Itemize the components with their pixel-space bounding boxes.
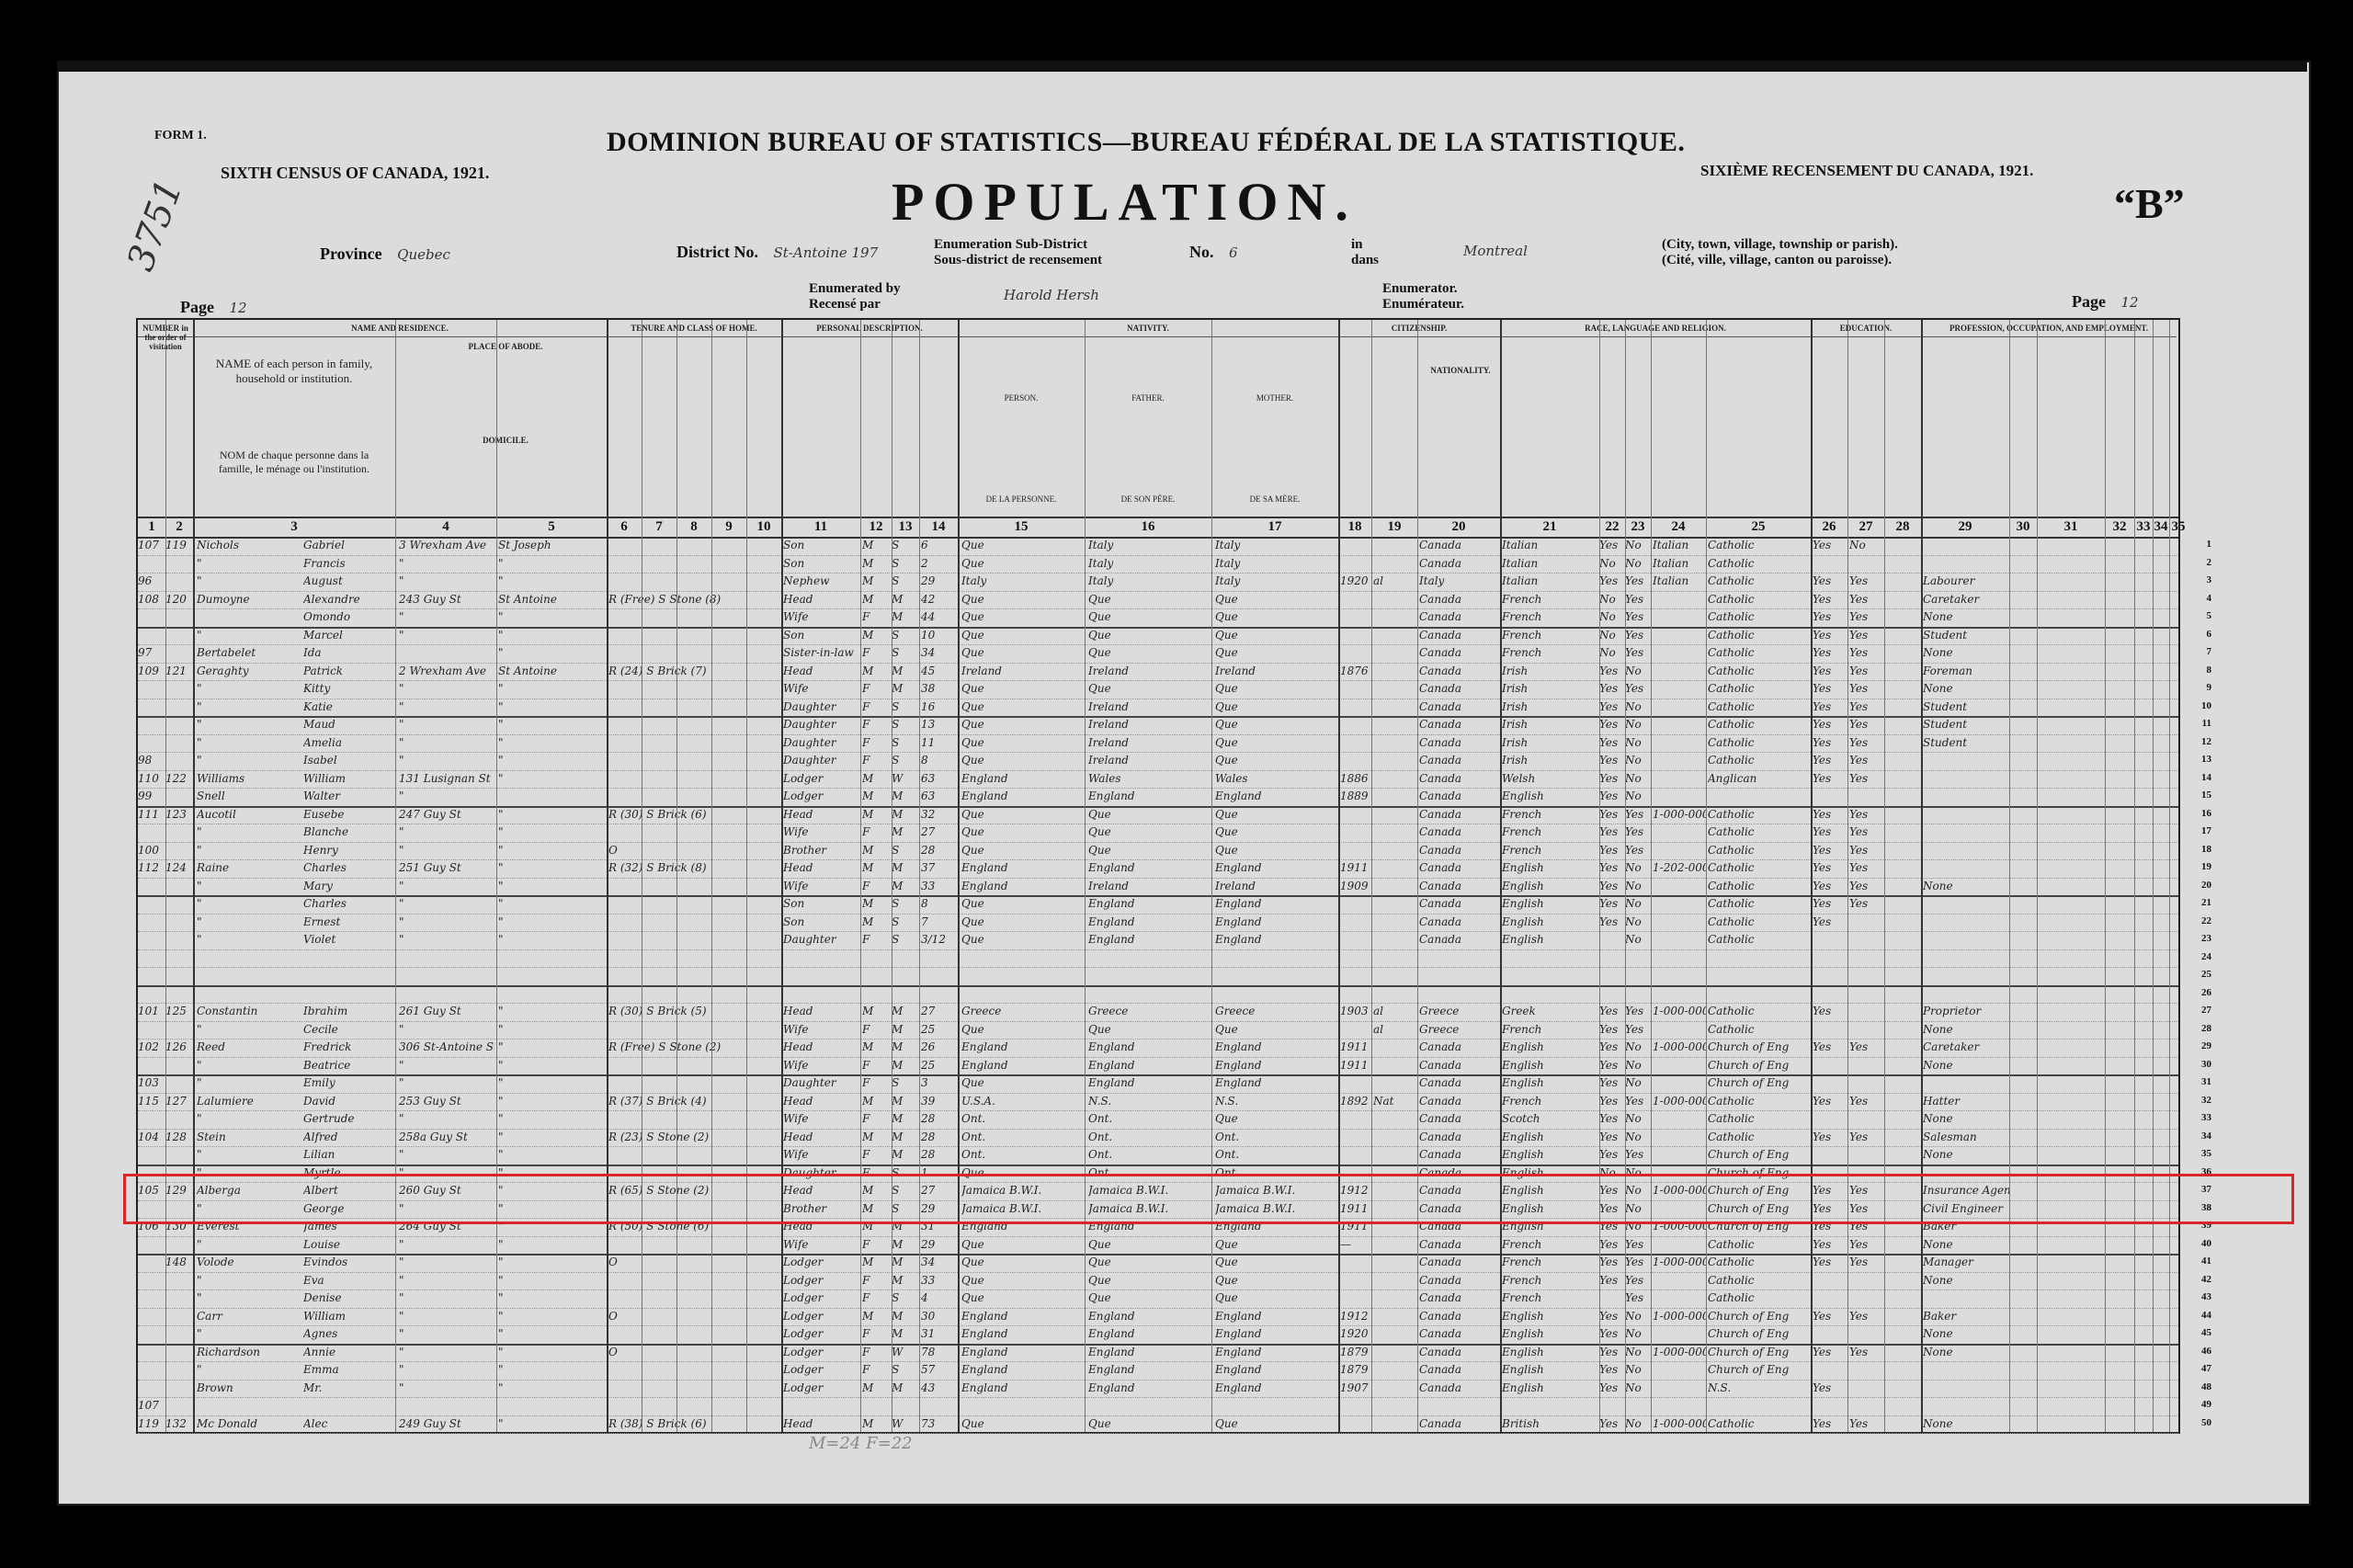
line-number: 7: [2207, 646, 2212, 657]
cell-religion: Catholic: [1708, 861, 1811, 874]
cell-occupation: Student: [1923, 718, 2009, 731]
line-number: 49: [2201, 1399, 2211, 1410]
cell-father: England: [1088, 1059, 1211, 1072]
cell-address: 243 Guy St: [399, 593, 494, 606]
column-rule: [2169, 320, 2170, 1432]
cell-address: 2 Wrexham Ave: [399, 665, 494, 677]
enumerator-name: Harold Hersh: [993, 285, 1099, 304]
cell-english: Yes: [1599, 736, 1625, 749]
cell-mother: England: [1215, 1310, 1338, 1323]
column-number: 24: [1651, 519, 1706, 535]
cell-birth: England: [961, 1310, 1085, 1323]
cell-occupation: None: [1923, 1112, 2009, 1125]
cell-read: Yes: [1849, 610, 1884, 623]
cell-surname: ": [197, 736, 298, 749]
cell-municipality: ": [498, 880, 605, 892]
cell-marital: S: [892, 718, 919, 731]
cell-rel: Wife: [783, 1148, 860, 1161]
cell-nationality: Canada: [1419, 1417, 1500, 1430]
enumerated-by-label: Enumerated by Recensé par: [809, 281, 901, 312]
column-rule: [1338, 320, 1340, 1432]
cell-mother: Que: [1215, 646, 1338, 659]
cell-surname: ": [197, 574, 298, 587]
line-number: 1: [2207, 539, 2212, 550]
column-number: 13: [892, 519, 919, 535]
cell-father: Que: [1088, 1023, 1211, 1036]
cell-nationality: Canada: [1419, 718, 1500, 731]
cell-immig: 1879: [1340, 1363, 1371, 1376]
place-value: Montreal: [1452, 241, 1528, 260]
cell-english: Yes: [1599, 1256, 1625, 1268]
cell-marital: S: [892, 700, 919, 713]
cell-tongue: Italian: [1653, 539, 1706, 551]
cell-french: No: [1625, 754, 1651, 767]
cell-sex: M: [862, 1310, 890, 1323]
cell-nationality: Canada: [1419, 1274, 1500, 1287]
column-rule: [1921, 320, 1923, 1432]
cell-family: 124: [165, 861, 193, 874]
cell-given: Gabriel: [303, 539, 395, 551]
cell-sex: M: [862, 574, 890, 587]
cell-school: Yes: [1813, 574, 1847, 587]
cell-father: Que: [1088, 682, 1211, 695]
cell-birth: Que: [961, 754, 1085, 767]
cell-occupation: Caretaker: [1923, 593, 2009, 606]
cell-immig: 1911: [1340, 861, 1371, 874]
cell-french: Yes: [1625, 1095, 1651, 1108]
cell-immig: 1892: [1340, 1095, 1371, 1108]
cell-sex: M: [862, 1095, 890, 1108]
cell-immig: 1911: [1340, 1040, 1371, 1053]
line-number: 20: [2201, 880, 2211, 891]
table-row: 24: [138, 949, 2178, 969]
column-rule: [1211, 320, 1212, 1432]
cell-french: Yes: [1625, 1291, 1651, 1304]
cell-rel: Daughter: [783, 736, 860, 749]
cell-school: Yes: [1813, 1310, 1847, 1323]
cell-mother: Que: [1215, 808, 1338, 821]
cell-rel: Wife: [783, 1112, 860, 1125]
cell-sex: M: [862, 897, 890, 910]
cell-surname: ": [197, 933, 298, 946]
cell-english: Yes: [1599, 861, 1625, 874]
cell-mother: Ont.: [1215, 1148, 1338, 1161]
cell-school: Yes: [1813, 610, 1847, 623]
cell-french: Yes: [1625, 646, 1651, 659]
cell-address: ": [399, 1238, 494, 1251]
cell-school: Yes: [1813, 1131, 1847, 1143]
cell-birth: Que: [961, 808, 1085, 821]
line-number: 23: [2201, 933, 2211, 944]
cell-immig: 1876: [1340, 665, 1371, 677]
cell-school: Yes: [1813, 646, 1847, 659]
line-number: 3: [2207, 574, 2212, 585]
line-number: 48: [2201, 1381, 2211, 1392]
cell-rel: Daughter: [783, 1076, 860, 1089]
cell-tongue: 1-000-000: [1653, 1256, 1706, 1268]
cell-given: Mr.: [303, 1381, 395, 1394]
cell-tongue: 1-000-000: [1653, 1346, 1706, 1358]
cell-occupation: Caretaker: [1923, 1040, 2009, 1053]
cell-read: Yes: [1849, 593, 1884, 606]
cell-father: Ireland: [1088, 665, 1211, 677]
cell-address: ": [399, 574, 494, 587]
cell-french: No: [1625, 933, 1651, 946]
table-row: 96"August""NephewMS29ItalyItalyItaly1920…: [138, 573, 2178, 592]
cell-surname: ": [197, 700, 298, 713]
cell-school: Yes: [1813, 772, 1847, 785]
cell-family: 128: [165, 1131, 193, 1143]
cell-nationality: Canada: [1419, 1256, 1500, 1268]
cell-municipality: ": [498, 1310, 605, 1323]
cell-surname: Aucotil: [197, 808, 298, 821]
cell-surname: ": [197, 897, 298, 910]
cell-religion: Catholic: [1708, 880, 1811, 892]
cell-dwelling: 100: [138, 844, 165, 857]
cell-address: ": [399, 933, 494, 946]
cell-french: Yes: [1625, 610, 1651, 623]
cell-birth: Ont.: [961, 1148, 1085, 1161]
cell-rel: Lodger: [783, 1327, 860, 1340]
cell-origin: French: [1502, 1238, 1597, 1251]
cell-dwelling: 101: [138, 1005, 165, 1017]
cell-tenure: R (37) S Brick (4): [608, 1095, 779, 1108]
cell-mother: Que: [1215, 736, 1338, 749]
cell-surname: ": [197, 1291, 298, 1304]
table-row: 101125ConstantinIbrahim261 Guy St"R (30)…: [138, 1003, 2178, 1022]
cell-dwelling: 98: [138, 754, 165, 767]
cell-french: No: [1625, 736, 1651, 749]
cell-english: Yes: [1599, 1131, 1625, 1143]
table-row: "Blanche""WifeFM27QueQueQueCanadaFrenchY…: [138, 824, 2178, 843]
cell-english: Yes: [1599, 915, 1625, 928]
cell-religion: Catholic: [1708, 700, 1811, 713]
cell-address: ": [399, 825, 494, 838]
province-field: Province Quebec: [320, 244, 450, 264]
cell-address: ": [399, 1363, 494, 1376]
cell-marital: M: [892, 1256, 919, 1268]
cell-father: Italy: [1088, 539, 1211, 551]
cell-french: No: [1625, 1310, 1651, 1323]
cell-school: Yes: [1813, 736, 1847, 749]
nom-col-label: NOM de chaque personne dans la famille, …: [202, 449, 386, 476]
cell-origin: French: [1502, 1023, 1597, 1036]
cell-municipality: ": [498, 646, 605, 659]
cell-tongue: 1-202-000: [1653, 861, 1706, 874]
column-rule: [958, 320, 960, 1432]
table-row: 148VolodeEvindos""OLodgerMM34QueQueQueCa…: [138, 1254, 2178, 1273]
cell-rel: Brother: [783, 844, 860, 857]
cell-municipality: ": [498, 808, 605, 821]
cell-nationality: Canada: [1419, 646, 1500, 659]
province-label: Province: [320, 244, 382, 263]
column-rule: [2037, 320, 2038, 1432]
cell-address: ": [399, 1148, 494, 1161]
line-number: 12: [2201, 736, 2211, 747]
cell-immig: 1889: [1340, 790, 1371, 802]
cell-nationality: Canada: [1419, 1095, 1500, 1108]
cell-school: Yes: [1813, 844, 1847, 857]
cell-given: Ibrahim: [303, 1005, 395, 1017]
cell-rel: Nephew: [783, 574, 860, 587]
cell-address: 261 Guy St: [399, 1005, 494, 1017]
line-number: 6: [2207, 629, 2212, 640]
cell-dwelling: 111: [138, 808, 165, 821]
cell-occupation: Student: [1923, 700, 2009, 713]
table-row: 111123AucotilEusebe247 Guy St"R (30) S B…: [138, 806, 2178, 825]
form-label: FORM 1.: [154, 129, 207, 143]
column-rule: [1651, 320, 1652, 1432]
cell-address: ": [399, 915, 494, 928]
cell-tenure: R (23) S Stone (2): [608, 1131, 779, 1143]
cell-given: Cecile: [303, 1023, 395, 1036]
cell-origin: English: [1502, 1327, 1597, 1340]
line-number: 10: [2201, 700, 2211, 711]
cell-age: 33: [921, 880, 958, 892]
cell-municipality: ": [498, 700, 605, 713]
column-rule: [1625, 320, 1626, 1432]
column-number: 31: [2037, 519, 2105, 535]
cell-read: Yes: [1849, 1417, 1884, 1430]
table-row: 98"Isabel""DaughterFS8QueIrelandQueCanad…: [138, 752, 2178, 771]
column-number: 4: [395, 519, 496, 535]
cell-age: 34: [921, 646, 958, 659]
cell-municipality: ": [498, 574, 605, 587]
cell-surname: Brown: [197, 1381, 298, 1394]
cell-origin: French: [1502, 1274, 1597, 1287]
column-rule: [1706, 320, 1707, 1432]
cell-sex: F: [862, 1327, 890, 1340]
table-row: "Amelia""DaughterFS11QueIrelandQueCanada…: [138, 734, 2178, 754]
cell-english: Yes: [1599, 665, 1625, 677]
cell-french: No: [1625, 1112, 1651, 1125]
cell-origin: English: [1502, 1148, 1597, 1161]
cell-tenure: O: [608, 844, 779, 857]
cell-french: Yes: [1625, 593, 1651, 606]
cell-rel: Wife: [783, 1059, 860, 1072]
cell-english: Yes: [1599, 1005, 1625, 1017]
cell-nationality: Canada: [1419, 754, 1500, 767]
cell-address: ": [399, 1059, 494, 1072]
cell-sex: M: [862, 1381, 890, 1394]
cell-surname: Constantin: [197, 1005, 298, 1017]
cell-religion: Catholic: [1708, 557, 1811, 570]
cell-read: Yes: [1849, 646, 1884, 659]
cell-father: England: [1088, 861, 1211, 874]
cell-age: 28: [921, 844, 958, 857]
table-row: 26: [138, 985, 2178, 1005]
table-row: "Gertrude""WifeFM28Ont.Ont.QueCanadaScot…: [138, 1110, 2178, 1130]
cell-origin: English: [1502, 1059, 1597, 1072]
cell-age: 45: [921, 665, 958, 677]
table-row: "Cecile""WifeFM25QueQueQuealGreeceFrench…: [138, 1021, 2178, 1040]
cell-occupation: None: [1923, 1346, 2009, 1358]
cell-sex: F: [862, 1059, 890, 1072]
cell-origin: English: [1502, 933, 1597, 946]
cell-tenure: R (Free) S Stone (2): [608, 1040, 779, 1053]
cell-sex: F: [862, 700, 890, 713]
cell-mother: Greece: [1215, 1005, 1338, 1017]
cell-religion: Catholic: [1708, 646, 1811, 659]
cell-nationality: Canada: [1419, 593, 1500, 606]
cell-marital: S: [892, 574, 919, 587]
cell-dwelling: 104: [138, 1131, 165, 1143]
cell-surname: Carr: [197, 1310, 298, 1323]
cell-dwelling: 110: [138, 772, 165, 785]
cell-municipality: ": [498, 1346, 605, 1358]
cell-birth: Que: [961, 1291, 1085, 1304]
page-number-right: Page 12: [2072, 292, 2139, 312]
cell-father: England: [1088, 933, 1211, 946]
cell-occupation: Proprietor: [1923, 1005, 2009, 1017]
cell-municipality: ": [498, 718, 605, 731]
cell-nationality: Greece: [1419, 1023, 1500, 1036]
cell-origin: Scotch: [1502, 1112, 1597, 1125]
cell-address: ": [399, 557, 494, 570]
cell-father: Que: [1088, 808, 1211, 821]
cell-mother: Que: [1215, 1274, 1338, 1287]
cell-immig: 1920: [1340, 1327, 1371, 1340]
cell-religion: Church of Eng: [1708, 1346, 1811, 1358]
cell-address: ": [399, 1310, 494, 1323]
cell-read: Yes: [1849, 880, 1884, 892]
line-number: 2: [2207, 557, 2212, 568]
cell-read: Yes: [1849, 1310, 1884, 1323]
cell-address: ": [399, 844, 494, 857]
cell-father: England: [1088, 897, 1211, 910]
cell-given: Charles: [303, 861, 395, 874]
cell-marital: M: [892, 1274, 919, 1287]
line-number: 45: [2201, 1327, 2211, 1338]
cell-nationality: Canada: [1419, 1381, 1500, 1394]
cell-father: England: [1088, 1363, 1211, 1376]
cell-dwelling: 112: [138, 861, 165, 874]
cell-french: No: [1625, 915, 1651, 928]
cell-dwelling: 115: [138, 1095, 165, 1108]
cell-birth: Que: [961, 629, 1085, 642]
cell-tongue: 1-000-000: [1653, 1040, 1706, 1053]
cell-father: Que: [1088, 646, 1211, 659]
cell-school: Yes: [1813, 915, 1847, 928]
cell-religion: Church of Eng: [1708, 1148, 1811, 1161]
cell-religion: Catholic: [1708, 629, 1811, 642]
district-label: District No.: [676, 243, 758, 261]
cell-english: Yes: [1599, 790, 1625, 802]
cell-family: 125: [165, 1005, 193, 1017]
cell-birth: Italy: [961, 574, 1085, 587]
cell-french: Yes: [1625, 629, 1651, 642]
cell-french: Yes: [1625, 825, 1651, 838]
cell-address: ": [399, 1327, 494, 1340]
cell-nat: Nat: [1373, 1095, 1415, 1108]
cell-given: Katie: [303, 700, 395, 713]
cell-french: Yes: [1625, 1274, 1651, 1287]
cell-age: 57: [921, 1363, 958, 1376]
cell-origin: French: [1502, 808, 1597, 821]
column-rule: [892, 320, 892, 1432]
subdistrict-label: Enumeration Sub-District Sous-district d…: [934, 237, 1102, 268]
cell-address: ": [399, 1274, 494, 1287]
cell-marital: M: [892, 880, 919, 892]
subdistrict-no: No. 6: [1189, 243, 1238, 262]
scan-top-border: [57, 61, 2307, 72]
cell-read: Yes: [1849, 1346, 1884, 1358]
cell-occupation: Student: [1923, 629, 2009, 642]
cell-occupation: None: [1923, 880, 2009, 892]
cell-family: 119: [165, 539, 193, 551]
cell-mother: Que: [1215, 1112, 1338, 1125]
cell-marital: S: [892, 933, 919, 946]
cell-nationality: Canada: [1419, 880, 1500, 892]
line-number: 29: [2201, 1040, 2211, 1051]
domicile-label: DOMICILE.: [414, 436, 597, 445]
cell-surname: ": [197, 1363, 298, 1376]
cell-nationality: Canada: [1419, 1040, 1500, 1053]
cell-read: Yes: [1849, 772, 1884, 785]
column-number: 32: [2105, 519, 2134, 535]
cell-marital: S: [892, 539, 919, 551]
cell-marital: S: [892, 1076, 919, 1089]
cell-sex: F: [862, 718, 890, 731]
cell-school: Yes: [1813, 1346, 1847, 1358]
cell-english: Yes: [1599, 1274, 1625, 1287]
column-number: 8: [676, 519, 711, 535]
column-number: 12: [860, 519, 892, 535]
cell-father: Greece: [1088, 1005, 1211, 1017]
cell-religion: Catholic: [1708, 574, 1811, 587]
cell-address: ": [399, 700, 494, 713]
cell-given: Violet: [303, 933, 395, 946]
cell-sex: F: [862, 1346, 890, 1358]
cell-birth: England: [961, 1363, 1085, 1376]
cell-english: Yes: [1599, 1327, 1625, 1340]
cell-municipality: ": [498, 1112, 605, 1125]
cell-read: Yes: [1849, 1131, 1884, 1143]
column-number: 19: [1371, 519, 1417, 535]
cell-address: ": [399, 718, 494, 731]
table-row: RichardsonAnnie""OLodgerFW78EnglandEngla…: [138, 1344, 2178, 1363]
cell-occupation: Hatter: [1923, 1095, 2009, 1108]
cell-municipality: ": [498, 1417, 605, 1430]
cell-marital: M: [892, 682, 919, 695]
cell-english: Yes: [1599, 1310, 1625, 1323]
cell-sex: M: [862, 557, 890, 570]
cell-father: Que: [1088, 629, 1211, 642]
cell-surname: ": [197, 629, 298, 642]
cell-address: ": [399, 880, 494, 892]
cell-school: Yes: [1813, 1417, 1847, 1430]
cell-school: Yes: [1813, 1040, 1847, 1053]
cell-english: Yes: [1599, 1346, 1625, 1358]
column-number: 15: [958, 519, 1085, 535]
cell-marital: W: [892, 1417, 919, 1430]
cell-family: 122: [165, 772, 193, 785]
cell-sex: M: [862, 915, 890, 928]
cell-birth: Que: [961, 897, 1085, 910]
cell-given: Blanche: [303, 825, 395, 838]
cell-religion: Catholic: [1708, 825, 1811, 838]
cell-given: Alfred: [303, 1131, 395, 1143]
cell-father: England: [1088, 1310, 1211, 1323]
cell-birth: Que: [961, 539, 1085, 551]
line-number: 43: [2201, 1291, 2211, 1302]
cell-school: Yes: [1813, 629, 1847, 642]
cell-father: Que: [1088, 1291, 1211, 1304]
cell-municipality: ": [498, 915, 605, 928]
cell-given: Francis: [303, 557, 395, 570]
column-rule: [1085, 320, 1086, 1432]
cell-marital: M: [892, 1381, 919, 1394]
